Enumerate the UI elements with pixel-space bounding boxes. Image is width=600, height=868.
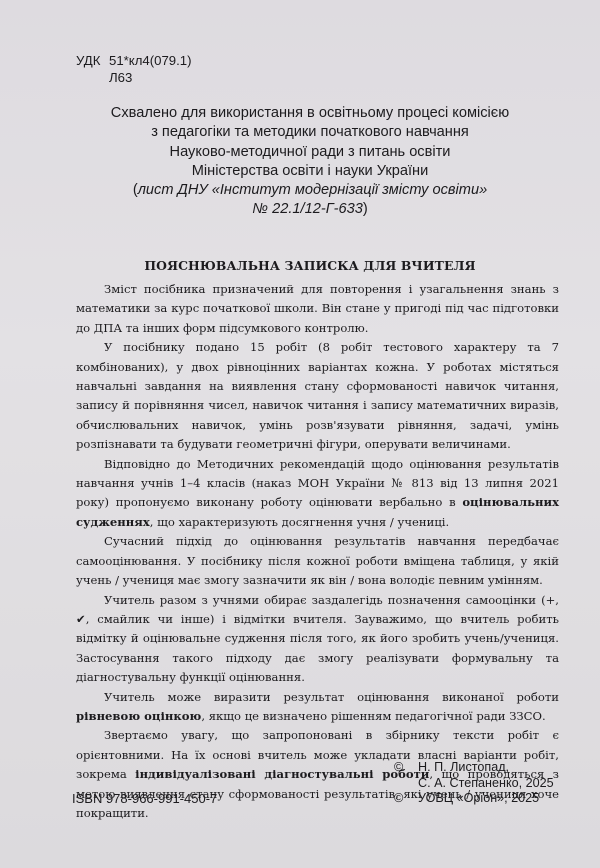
- text: , що характеризують досягнення учня / уч…: [150, 515, 449, 529]
- copyright-authors-1: Н. П. Листопад,: [418, 760, 509, 776]
- udk-block: УДК51*кл4(079.1) Л63: [76, 52, 192, 86]
- approval-letter-line1: лист ДНУ «Інститут модернізації змісту о…: [138, 182, 488, 198]
- approval-line: Науково-методичної ради з питань освіти: [60, 143, 560, 162]
- copyright-icon: ©: [394, 791, 418, 807]
- text: , якщо це визначено рішенням педагогічно…: [201, 709, 545, 723]
- paragraph: У посібнику подано 15 робіт (8 робіт тес…: [76, 338, 559, 454]
- approval-line: з педагогіки та методики початкового нав…: [60, 123, 560, 142]
- approval-line: Міністерства освіти і науки України: [60, 162, 560, 181]
- letter-number: № 22.1/12-Г-633: [252, 201, 363, 217]
- approval-statement: Схвалено для використання в освітньому п…: [60, 104, 560, 220]
- page-title: ПОЯСНЮВАЛЬНА ЗАПИСКА ДЛЯ ВЧИТЕЛЯ: [60, 258, 560, 273]
- paren-close: ): [363, 201, 368, 217]
- paragraph: Відповідно до Методичних рекомендацій що…: [76, 455, 559, 533]
- emphasis: індивідуалізовані діагностувальні роботи: [135, 767, 429, 781]
- text: Учитель може виразити результат оцінюван…: [104, 690, 559, 704]
- paragraph: Зміст посібника призначений для повторен…: [76, 280, 559, 338]
- copyright-publisher: УОВЦ «Оріон», 2025: [418, 791, 539, 807]
- copyright-block: ©Н. П. Листопад, С. А. Степаненко, 2025 …: [394, 760, 554, 807]
- udk-code: 51*кл4(079.1): [109, 53, 192, 68]
- author-mark: Л63: [76, 69, 192, 86]
- approval-line: Схвалено для використання в освітньому п…: [60, 104, 560, 123]
- paragraph: Учитель разом з учнями обирає заздалегід…: [76, 591, 559, 688]
- approval-letter-number: № 22.1/12-Г-633): [60, 200, 560, 219]
- copyright-authors-2: С. А. Степаненко, 2025: [418, 776, 554, 792]
- udk-label: УДК: [76, 52, 109, 69]
- paragraph: Сучасний підхід до оцінювання результаті…: [76, 532, 559, 590]
- emphasis: рівневою оцінкою: [76, 709, 201, 723]
- approval-letter: (лист ДНУ «Інститут модернізації змісту …: [60, 181, 560, 200]
- isbn: ISBN 978-966-991-450-7: [72, 791, 217, 806]
- explanatory-note-body: Зміст посібника призначений для повторен…: [76, 280, 559, 823]
- copyright-icon: ©: [394, 760, 418, 776]
- paragraph: Учитель може виразити результат оцінюван…: [76, 688, 559, 727]
